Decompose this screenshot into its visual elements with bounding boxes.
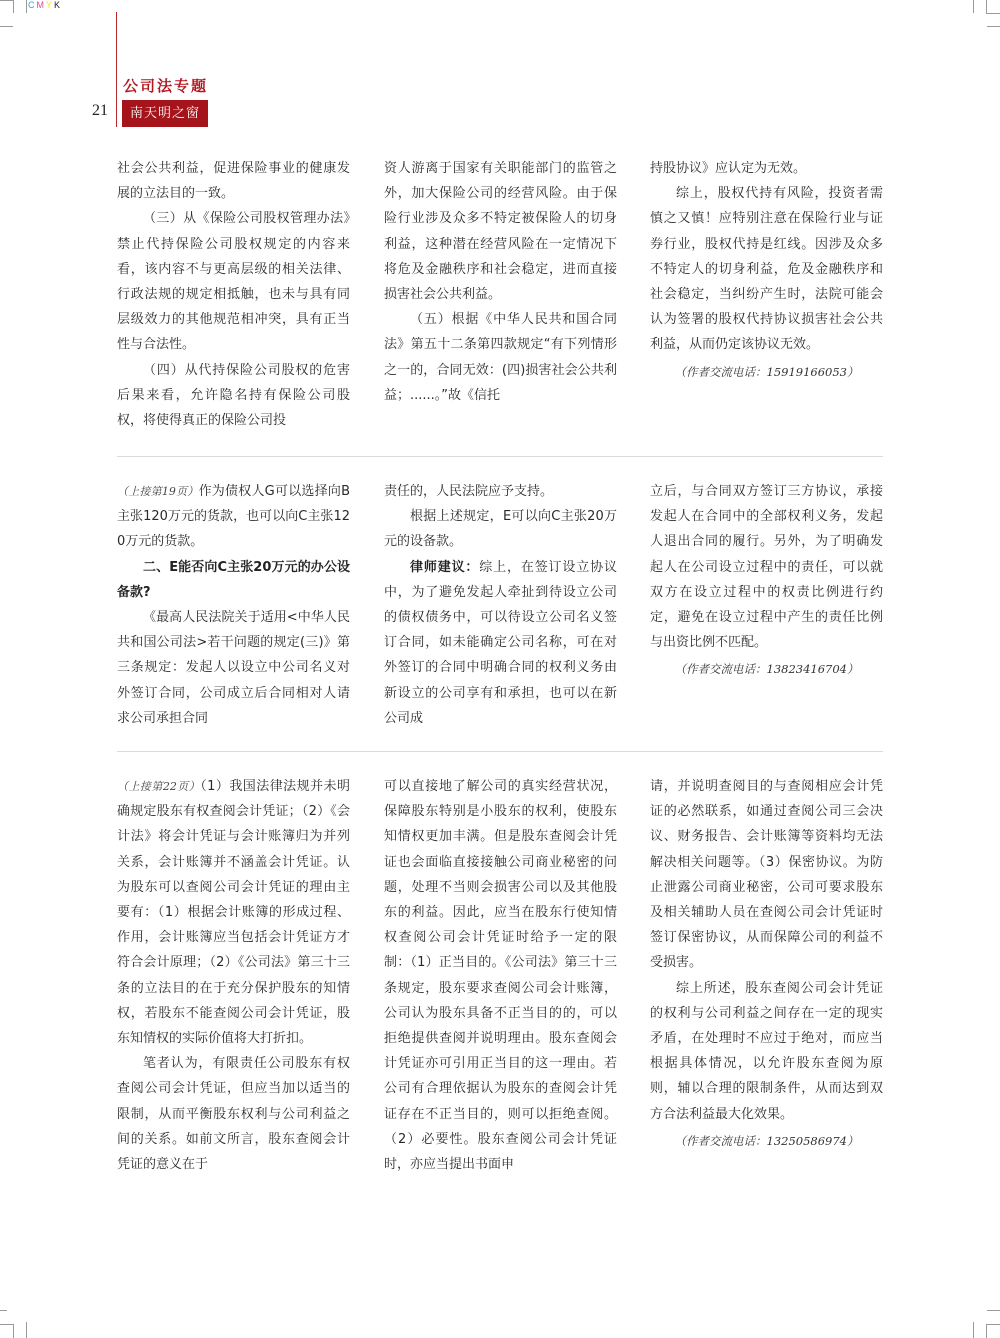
column-tag: 南天明之窗 <box>122 100 208 127</box>
lawyer-advice-label: 律师建议： <box>410 560 479 575</box>
paragraph: 资人游离于国家有关职能部门的监管之外，加大保险公司的经营风险。由于保险行业涉及众… <box>384 156 617 307</box>
paragraph: 根据上述规定，E可以向C主张20万元的设备款。 <box>384 504 617 554</box>
paragraph: （上接第19页）作为债权人G可以选择向B主张120万元的货款，也可以向C主张12… <box>117 479 350 555</box>
crop-mark <box>13 1324 14 1338</box>
paragraph: 责任的，人民法院应予支持。 <box>384 479 617 504</box>
subheading: 二、E能否向C主张20万元的办公设备款? <box>117 555 350 605</box>
crop-mark <box>986 1324 1000 1325</box>
cmyk-color-bar: CMYK <box>28 0 62 10</box>
paragraph: 可以直接地了解公司的真实经营状况，保障股东特别是小股东的权利，使股东知情权更加丰… <box>384 774 617 1177</box>
paragraph: 笔者认为，有限责任公司股东有权查阅公司会计凭证，但应当加以适当的限制，从而平衡股… <box>117 1051 350 1177</box>
article-divider <box>117 456 883 457</box>
article3-column-1: （上接第22页）（1）我国法律法规并未明确规定股东有权查阅会计凭证；（2）《会计… <box>117 774 350 1177</box>
article3-column-2: 可以直接地了解公司的真实经营状况，保障股东特别是小股东的权利，使股东知情权更加丰… <box>384 774 617 1177</box>
paragraph: 综上，股权代持有风险，投资者需慎之又慎！应特别注意在保险行业与证券行业，股权代持… <box>650 181 883 357</box>
crop-mark <box>986 1324 987 1338</box>
continued-from: （上接第19页） <box>117 485 199 498</box>
cmyk-m: M <box>37 0 47 10</box>
continued-from: （上接第22页） <box>117 780 200 793</box>
article2-column-3: 立后，与合同双方签订三方协议，承接发起人在合同中的全部权利义务，发起人退出合同的… <box>650 479 883 683</box>
paragraph-text: （1）我国法律法规并未明确规定股东有权查阅会计凭证；（2）《会计法》将会计凭证与… <box>117 779 350 1046</box>
crop-mark <box>0 1324 13 1325</box>
crop-mark <box>0 0 13 1</box>
article2-column-2: 责任的，人民法院应予支持。 根据上述规定，E可以向C主张20万元的设备款。 律师… <box>384 479 617 731</box>
section-title: 公司法专题 <box>123 75 208 96</box>
cmyk-c: C <box>28 0 37 10</box>
article1-column-3: 持股协议》应认定为无效。 综上，股权代持有风险，投资者需慎之又慎！应特别注意在保… <box>650 156 883 385</box>
crop-mark <box>26 1322 27 1338</box>
paragraph: （四）从代持保险公司股权的危害后果来看，允许隐名持有保险公司股权，将使得真正的保… <box>117 358 350 434</box>
crop-mark <box>987 26 1000 27</box>
paragraph: （五）根据《中华人民共和国合同法》第五十二条第四款规定“有下列情形之一的，合同无… <box>384 307 617 408</box>
paragraph: （上接第22页）（1）我国法律法规并未明确规定股东有权查阅会计凭证；（2）《会计… <box>117 774 350 1051</box>
page-number: 21 <box>92 102 108 120</box>
paragraph: 请，并说明查阅目的与查阅相应会计凭证的必然联系，如通过查阅公司三会决议、财务报告… <box>650 774 883 976</box>
paragraph: （三）从《保险公司股权管理办法》禁止代持保险公司股权规定的内容来看，该内容不与更… <box>117 206 350 357</box>
crop-mark <box>13 0 14 13</box>
article1-column-1: 社会公共利益，促进保险事业的健康发展的立法目的一致。 （三）从《保险公司股权管理… <box>117 156 350 433</box>
header-rule <box>116 12 117 127</box>
crop-mark <box>973 0 974 13</box>
crop-mark <box>986 0 987 13</box>
paragraph: 综上所述，股东查阅公司会计凭证的权利与公司利益之间存在一定的现实矛盾，在处理时不… <box>650 976 883 1127</box>
crop-mark <box>973 1322 974 1338</box>
cmyk-k: K <box>54 0 62 10</box>
author-contact: （作者交流电话：13823416704） <box>650 657 883 682</box>
crop-mark <box>0 1310 7 1311</box>
author-contact: （作者交流电话：15919166053） <box>650 360 883 385</box>
article1-column-2: 资人游离于国家有关职能部门的监管之外，加大保险公司的经营风险。由于保险行业涉及众… <box>384 156 617 408</box>
article2-column-1: （上接第19页）作为债权人G可以选择向B主张120万元的货款，也可以向C主张12… <box>117 479 350 731</box>
article-divider <box>117 751 883 752</box>
paragraph: 持股协议》应认定为无效。 <box>650 156 883 181</box>
crop-mark <box>987 1310 1000 1311</box>
paragraph: 《最高人民法院关于适用<中华人民共和国公司法>若干问题的规定(三)》第三条规定：… <box>117 605 350 731</box>
crop-mark <box>0 26 13 27</box>
paragraph: 立后，与合同双方签订三方协议，承接发起人在合同中的全部权利义务，发起人退出合同的… <box>650 479 883 655</box>
paragraph-text: 综上，在签订设立协议中，为了避免发起人牵扯到待设立公司的债权债务中，可以待设立公… <box>384 560 617 726</box>
author-contact: （作者交流电话：13250586974） <box>650 1129 883 1154</box>
paragraph: 律师建议：综上，在签订设立协议中，为了避免发起人牵扯到待设立公司的债权债务中，可… <box>384 555 617 731</box>
paragraph: 社会公共利益，促进保险事业的健康发展的立法目的一致。 <box>117 156 350 206</box>
article3-column-3: 请，并说明查阅目的与查阅相应会计凭证的必然联系，如通过查阅公司三会决议、财务报告… <box>650 774 883 1154</box>
crop-mark <box>986 13 1000 14</box>
crop-mark <box>26 0 27 13</box>
cmyk-y: Y <box>46 0 54 10</box>
